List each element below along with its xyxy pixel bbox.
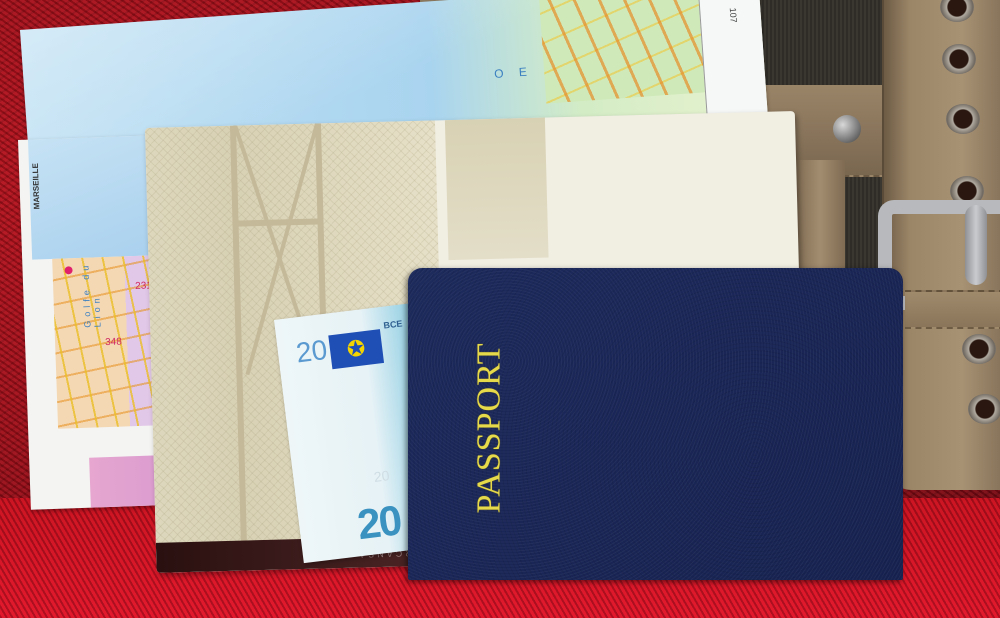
banknote-watermark-value: 20 [373,467,390,485]
banknote-issuer: BCE [383,318,403,330]
rivet-icon [833,115,861,143]
grommet-icon [942,44,976,74]
banknote-denomination: 20 [355,496,403,549]
eu-stars-icon: ✪ [345,335,366,363]
photo-scene: 107 O E MARSEILLE Golfe du Lion 231 348 … [0,0,1000,618]
eu-flag-icon: ✪ [328,329,384,369]
map-sea-label: O E [494,64,534,81]
map-city-label: MARSEILLE [31,163,42,210]
grommet-icon [962,334,996,364]
bridge-girder [230,126,247,546]
map-road-number: 348 [105,337,122,349]
belt-loop [905,290,1000,329]
passport-title-wrap: PASSPORT [470,328,510,528]
bridge-girder [232,218,322,226]
banknote-corner-value: 20 [294,334,329,370]
map-gulf-label: Golfe du Lion [79,235,102,328]
map-page-number: 107 [728,7,739,23]
passport-title: PASSPORT [471,342,509,513]
grommet-icon [946,104,980,134]
bag-leather-tab [795,160,845,270]
guidebook-cover-buildings [445,118,549,261]
grommet-icon [968,394,1000,424]
passport: PASSPORT [408,268,903,580]
buckle-prong [965,205,987,285]
map-land-area [539,0,706,103]
